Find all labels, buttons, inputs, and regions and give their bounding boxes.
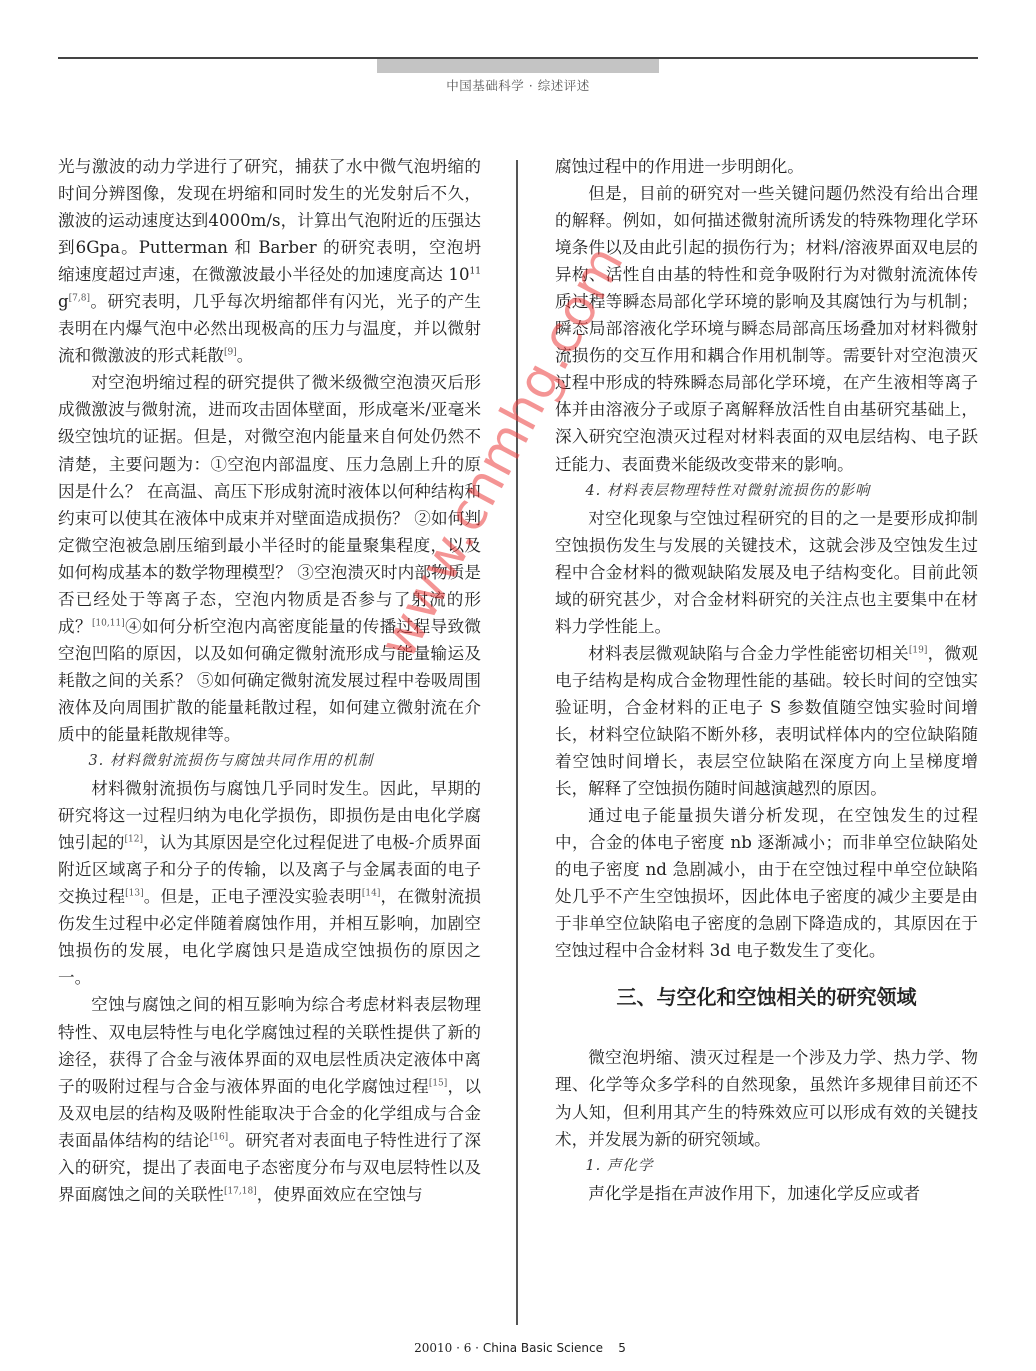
page-footer: 20010 · 6 · China Basic Science 5 xyxy=(380,1341,660,1355)
text: 。但是，正电子湮没实验表明 xyxy=(144,887,362,906)
running-head: 中国基础科学 · 综述评述 xyxy=(377,76,659,94)
citation: [17,18] xyxy=(224,1186,257,1196)
paragraph: 通过电子能量损失谱分析发现，在空蚀发生的过程中，合金的体电子密度 nb 逐渐减小… xyxy=(555,802,978,964)
subsection-heading-4: 4. 材料表层物理特性对微射流损伤的影响 xyxy=(555,478,978,505)
subsection-heading-1: 1. 声化学 xyxy=(555,1153,978,1180)
footer-separator: · xyxy=(452,1341,463,1355)
text: 空蚀与腐蚀之间的相互影响为综合考虑材料表层物理特性、双电层特性与电化学腐蚀过程的… xyxy=(58,995,481,1095)
paragraph: 微空泡坍缩、溃灭过程是一个涉及力学、热力学、物理、化学等众多学科的自然现象，虽然… xyxy=(555,1044,978,1152)
citation: [12] xyxy=(124,835,142,845)
paragraph: 声化学是指在声波作用下，加速化学反应或者 xyxy=(555,1180,978,1207)
citation: [9] xyxy=(224,348,237,358)
text: ④如何分析空泡内高密度能量的传播过程导致微空泡凹陷的原因，以及如何确定微射流形成… xyxy=(58,617,481,744)
text: ，微观电子结构是构成合金物理性能的基础。较长时间的空蚀实验证明，合金材料的正电子… xyxy=(555,644,978,798)
citation: [14] xyxy=(362,889,380,899)
citation: [16] xyxy=(210,1132,228,1142)
footer-year: 20010 xyxy=(414,1341,452,1355)
citation: [10,11] xyxy=(92,618,125,628)
citation: [7,8] xyxy=(69,294,90,304)
paragraph: 材料微射流损伤与腐蚀几乎同时发生。因此，早期的研究将这一过程归纳为电化学损伤，即… xyxy=(58,775,481,991)
column-divider xyxy=(516,160,518,1325)
text: 光与激波的动力学进行了研究，捕获了水中微气泡坍缩的时间分辨图像，发现在坍缩和同时… xyxy=(58,157,481,284)
text: 材料表层微观缺陷与合金力学性能密切相关 xyxy=(588,644,909,663)
paragraph: 光与激波的动力学进行了研究，捕获了水中微气泡坍缩的时间分辨图像，发现在坍缩和同时… xyxy=(58,153,481,369)
header-gray-band xyxy=(377,59,659,73)
section-heading: 三、与空化和空蚀相关的研究领域 xyxy=(555,964,978,1044)
citation: [13] xyxy=(125,889,143,899)
text: g xyxy=(58,292,69,311)
paragraph: 空蚀与腐蚀之间的相互影响为综合考虑材料表层物理特性、双电层特性与电化学腐蚀过程的… xyxy=(58,991,481,1207)
text: 。研究表明，几乎每次坍缩都伴有闪光，光子的产生表明在内爆气泡中必然出现极高的压力… xyxy=(58,292,481,365)
paragraph: 但是，目前的研究对一些关键问题仍然没有给出合理的解释。例如，如何描述微射流所诱发… xyxy=(555,180,978,478)
paragraph: 腐蚀过程中的作用进一步明朗化。 xyxy=(555,153,978,180)
paragraph: 材料表层微观缺陷与合金力学性能密切相关[19]，微观电子结构是构成合金物理性能的… xyxy=(555,640,978,802)
left-column: 光与激波的动力学进行了研究，捕获了水中微气泡坍缩的时间分辨图像，发现在坍缩和同时… xyxy=(58,153,481,1208)
exponent: 11 xyxy=(470,267,481,277)
right-column: 腐蚀过程中的作用进一步明朗化。 但是，目前的研究对一些关键问题仍然没有给出合理的… xyxy=(555,153,978,1207)
paragraph: 对空泡坍缩过程的研究提供了微米级微空泡溃灭后形成微激波与微射流，进而攻击固体壁面… xyxy=(58,369,481,748)
footer-journal: China Basic Science xyxy=(483,1341,603,1355)
paragraph: 对空化现象与空蚀过程研究的目的之一是要形成抑制空蚀损伤发生与发展的关键技术，这就… xyxy=(555,505,978,640)
citation: [15] xyxy=(429,1078,447,1088)
text: 对空泡坍缩过程的研究提供了微米级微空泡溃灭后形成微激波与微射流，进而攻击固体壁面… xyxy=(58,373,481,635)
page-number: 5 xyxy=(618,1341,626,1355)
citation: [19] xyxy=(909,645,927,655)
subsection-heading-3: 3. 材料微射流损伤与腐蚀共同作用的机制 xyxy=(58,748,481,775)
text: ，使界面效应在空蚀与 xyxy=(257,1185,423,1204)
text: 。 xyxy=(237,346,254,365)
footer-separator: · xyxy=(471,1341,482,1355)
